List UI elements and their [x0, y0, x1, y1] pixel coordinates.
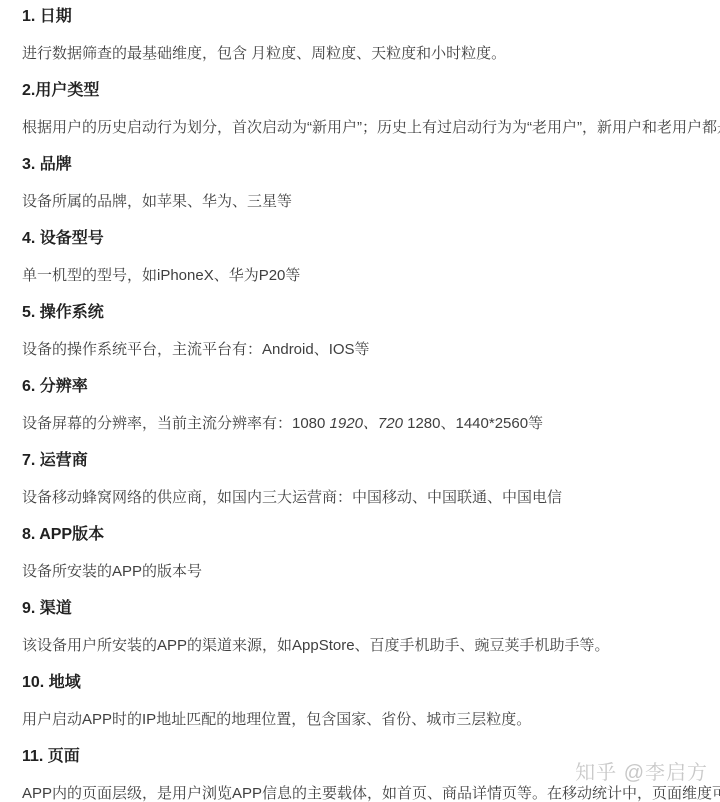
section-body: 该设备用户所安装的APP的渠道来源，如AppStore、百度手机助手、豌豆荚手机… — [22, 635, 720, 656]
section-date: 1. 日期 进行数据筛查的最基础维度，包含 月粒度、周粒度、天粒度和小时粒度。 — [22, 6, 720, 64]
section-heading: 9. 渠道 — [22, 598, 720, 620]
section-heading: 10. 地域 — [22, 672, 720, 694]
section-body: 单一机型的型号，如iPhoneX、华为P20等 — [22, 265, 720, 286]
section-body: 设备的操作系统平台，主流平台有：Android、IOS等 — [22, 339, 720, 360]
resolution-text-post: 1280、1440*2560等 — [403, 415, 543, 432]
section-region: 10. 地域 用户启动APP时的IP地址匹配的地理位置，包含国家、省份、城市三层… — [22, 672, 720, 730]
section-os: 5. 操作系统 设备的操作系统平台，主流平台有：Android、IOS等 — [22, 302, 720, 360]
zhihu-author-watermark: 知乎 @李启方 — [575, 756, 708, 785]
section-app-version: 8. APP版本 设备所安装的APP的版本号 — [22, 524, 720, 582]
section-body: 设备移动蜂窝网络的供应商，如国内三大运营商：中国移动、中国联通、中国电信 — [22, 487, 720, 508]
section-body: 用户启动APP时的IP地址匹配的地理位置，包含国家、省份、城市三层粒度。 — [22, 709, 720, 730]
section-heading: 7. 运营商 — [22, 450, 720, 472]
section-heading: 3. 品牌 — [22, 154, 720, 176]
resolution-text-pre: 设备屏幕的分辨率，当前主流分辨率有：1080 — [22, 415, 330, 432]
resolution-text-italic: 1920、720 — [330, 415, 403, 432]
section-heading: 4. 设备型号 — [22, 228, 720, 250]
section-heading: 1. 日期 — [22, 6, 720, 28]
section-heading: 2.用户类型 — [22, 80, 720, 102]
section-device-model: 4. 设备型号 单一机型的型号，如iPhoneX、华为P20等 — [22, 228, 720, 286]
section-body: 进行数据筛查的最基础维度，包含 月粒度、周粒度、天粒度和小时粒度。 — [22, 43, 720, 64]
section-body: 设备屏幕的分辨率，当前主流分辨率有：1080 1920、720 1280、144… — [22, 413, 720, 434]
section-carrier: 7. 运营商 设备移动蜂窝网络的供应商，如国内三大运营商：中国移动、中国联通、中… — [22, 450, 720, 508]
section-body: 设备所安装的APP的版本号 — [22, 561, 720, 582]
section-channel: 9. 渠道 该设备用户所安装的APP的渠道来源，如AppStore、百度手机助手… — [22, 598, 720, 656]
section-heading: 6. 分辨率 — [22, 376, 720, 398]
section-body: 设备所属的品牌，如苹果、华为、三星等 — [22, 191, 720, 212]
section-heading: 8. APP版本 — [22, 524, 720, 546]
section-user-type: 2.用户类型 根据用户的历史启动行为划分，首次启动为“新用户”；历史上有过启动行… — [22, 80, 720, 138]
article-body: 1. 日期 进行数据筛查的最基础维度，包含 月粒度、周粒度、天粒度和小时粒度。 … — [0, 0, 720, 802]
section-resolution: 6. 分辨率 设备屏幕的分辨率，当前主流分辨率有：1080 1920、720 1… — [22, 376, 720, 434]
section-body: 根据用户的历史启动行为划分，首次启动为“新用户”；历史上有过启动行为为“老用户”… — [22, 117, 720, 138]
section-heading: 5. 操作系统 — [22, 302, 720, 324]
section-brand: 3. 品牌 设备所属的品牌，如苹果、华为、三星等 — [22, 154, 720, 212]
section-body: APP内的页面层级，是用户浏览APP信息的主要载体，如首页、商品详情页等。在移动… — [22, 783, 720, 802]
